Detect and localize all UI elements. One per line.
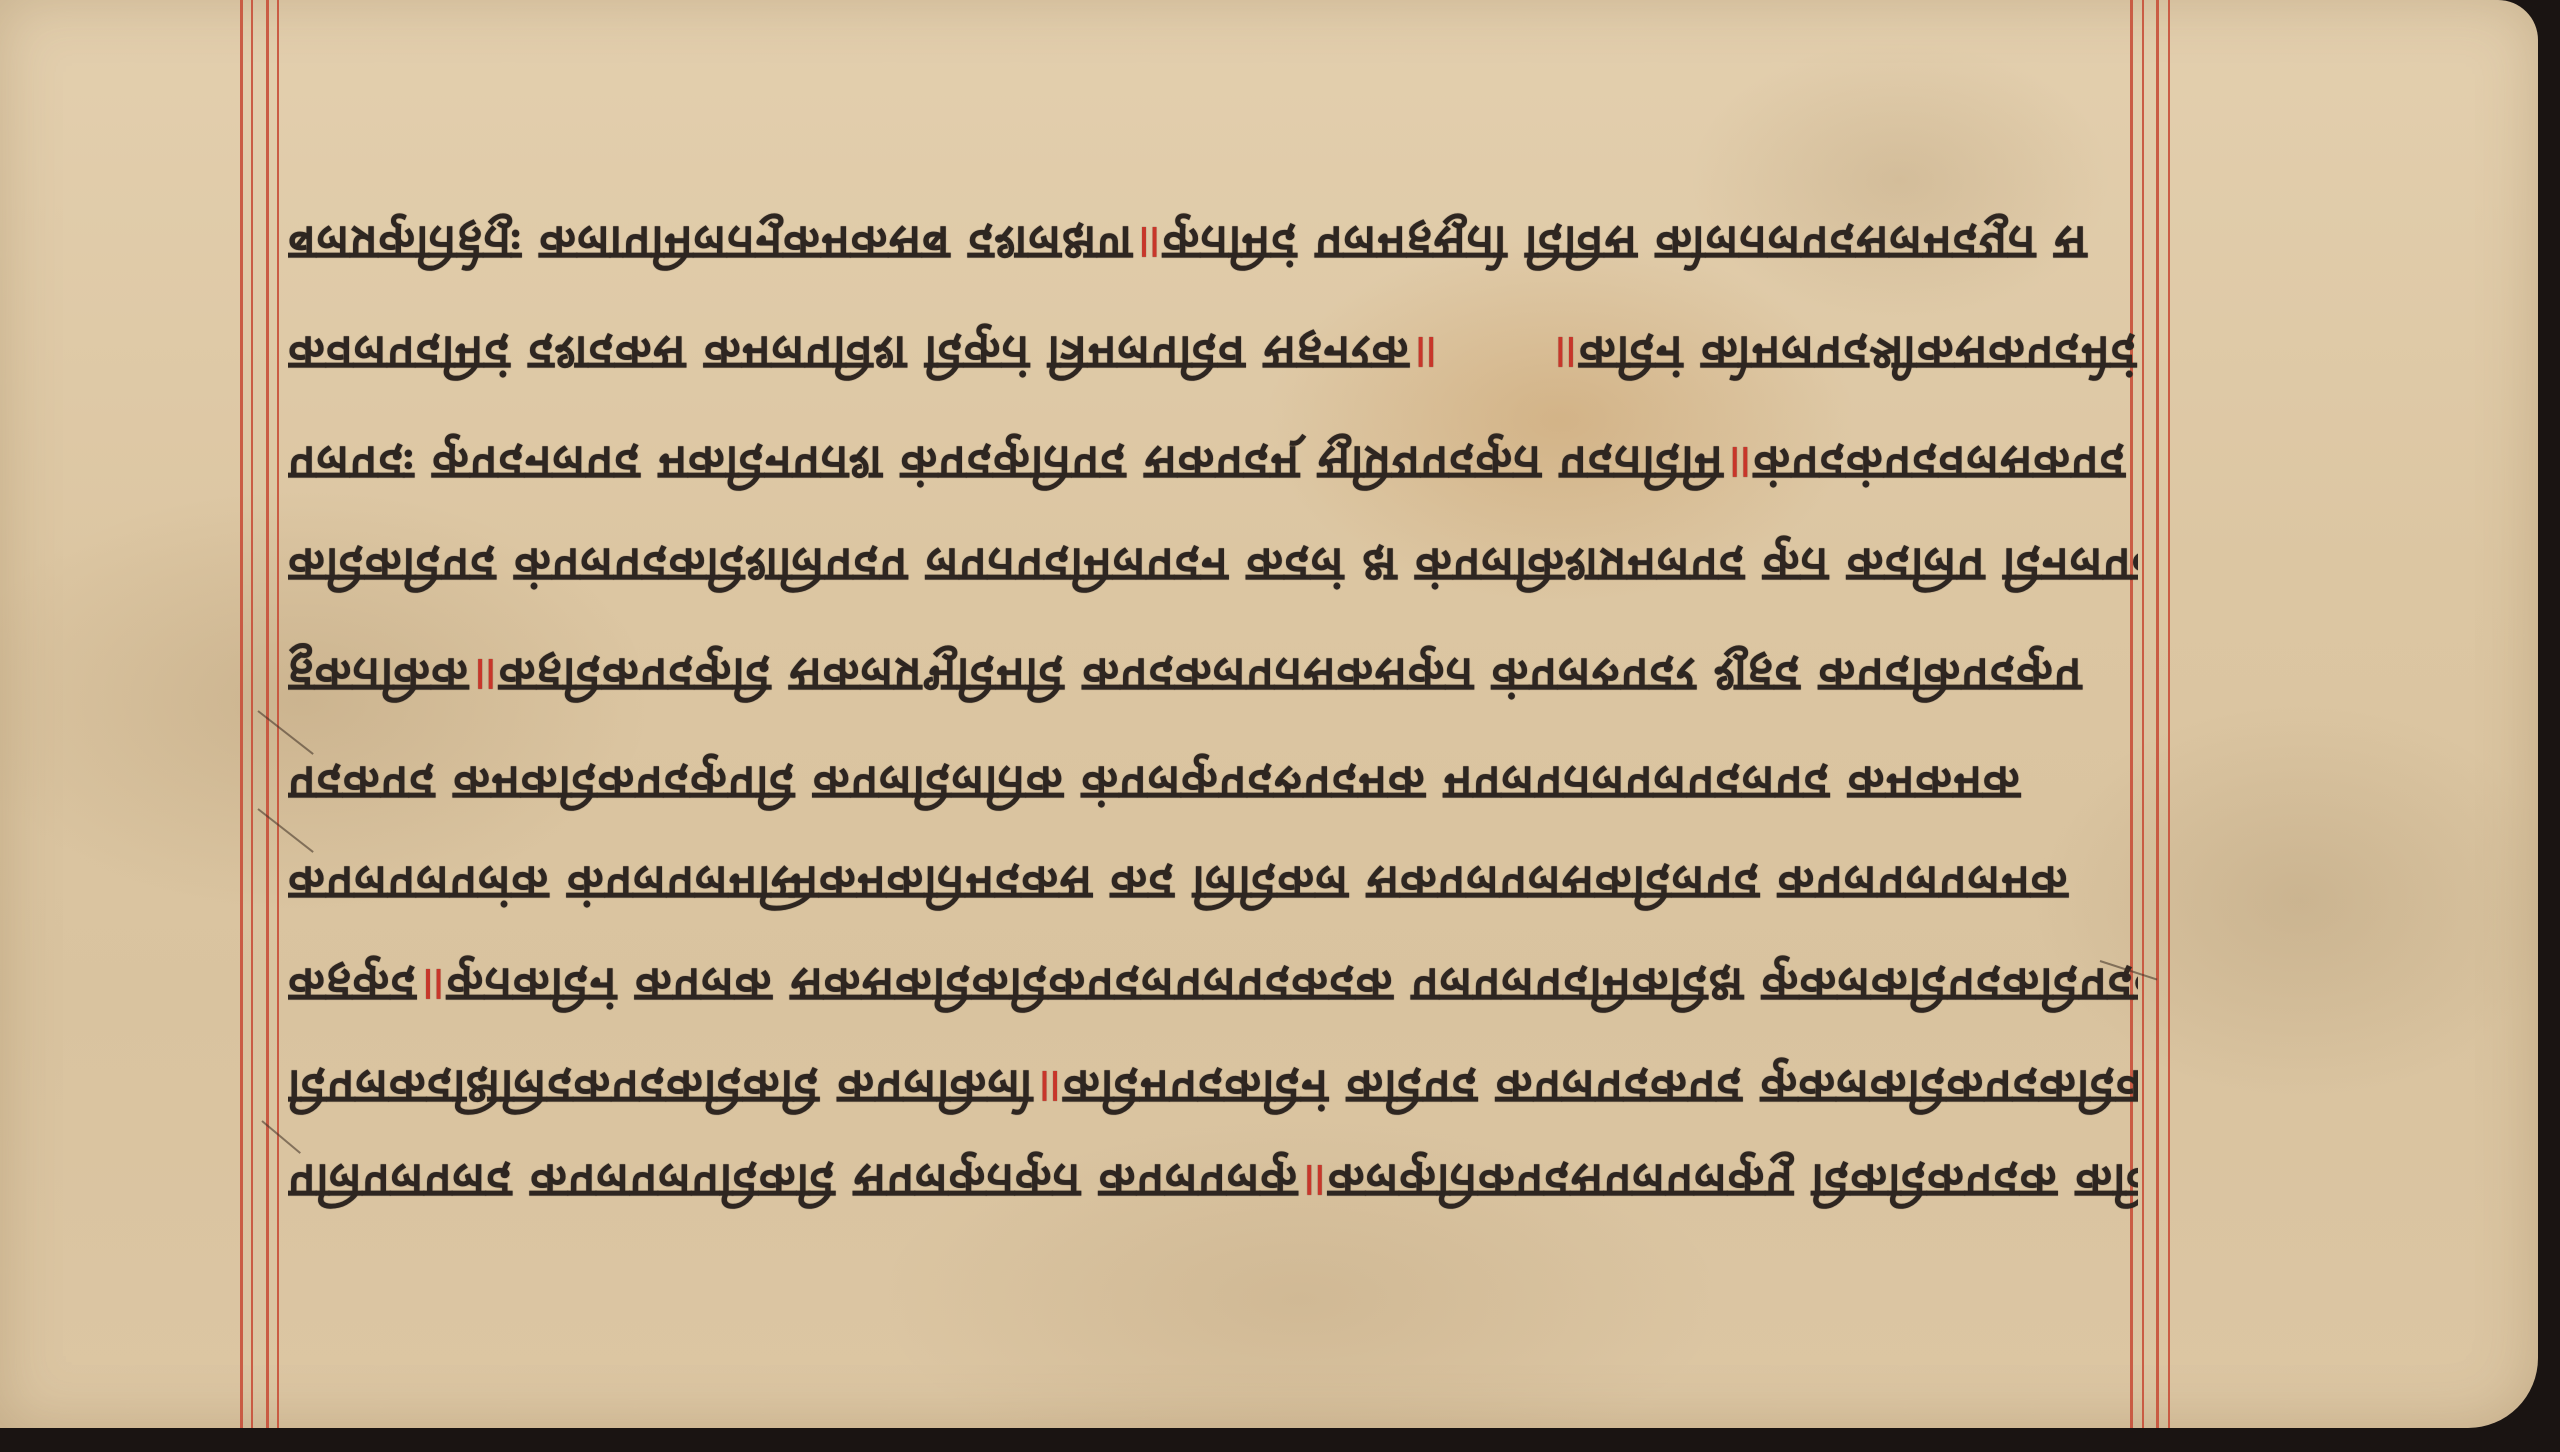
- line-text: कदिमपदकदिनं कदिपद कपलपदकपद कृकलकदिकपदकदि…: [1063, 1059, 2138, 1115]
- left-margin-rule-4: [277, 0, 279, 1428]
- script-line-9: दिपलकदक्षिलिदकपदकदिकदि कपलकिलो॥कदिमपदकदि…: [288, 1052, 2138, 1122]
- danda-mark: ॥: [1033, 1059, 1063, 1115]
- danda-mark: ॥: [1409, 325, 1439, 381]
- line-text: पलपदः कृपदनलपद मकदिनपतश कंपदकृतिपद सकपदम…: [288, 435, 1723, 491]
- line-text: कहदिकपदकृदि सकलप्रभुदिमदि कपदकलपतसकसकृत …: [499, 647, 2083, 703]
- line-text: कदिकदिपद कंपलपदकदिशलिपदप लपतपदमिलपदन कदल…: [288, 537, 2138, 593]
- line-text: हुकतकिक: [288, 647, 469, 703]
- line-text: पलिपलपलद कपलपलपदिकदि सपलकृतकृत कपलपलकृ: [288, 1153, 1298, 1209]
- script-line-1: बलप्रकृतिहेतुः कलापमिलतनुकमकसब दशलक्षण॥क…: [288, 208, 2138, 278]
- danda-mark: ॥: [1298, 1153, 1328, 1209]
- line-text: कपलपलपलंक कंपलपलमस्मिकमकतिमदकस कद लिदिकल…: [288, 855, 2068, 911]
- left-margin-rule-1: [240, 0, 243, 1428]
- script-line-7: कपलपलपलंक कंपलपलमस्मिकमकतिमदकस कद लिदिकल…: [288, 848, 2138, 918]
- right-margin-rule-3: [2156, 0, 2159, 1428]
- script-line-4: कदिकदिपद कंपलपदकदिशलिपदप लपतपदमिलपदन कदल…: [288, 530, 2138, 600]
- line-text: कृतकदिनं कपलक सकसकदिकदिकपदलपलपदकदक पलपलप…: [446, 957, 2138, 1013]
- danda-mark: ॥: [1549, 325, 1579, 381]
- line-text: कलकृतिकपदसपलपलकृपु दिकदिकपदक कदिपद: [1328, 1153, 2138, 1209]
- danda-mark: ॥: [1133, 215, 1163, 271]
- line-text: कवलपदमिदं दशदकस कमलपविश दिकृतं त्रिमलपदि…: [288, 325, 1409, 381]
- danda-mark: ॥: [1723, 435, 1753, 491]
- right-margin-rule-4: [2168, 0, 2170, 1428]
- danda-mark: ॥: [469, 647, 499, 703]
- left-margin-rule-2: [251, 0, 253, 1428]
- script-line-6: पदकपद कमकदिकपदकृपदि कपलदिलतिक कंपलकृपदरु…: [288, 748, 2138, 818]
- danda-mark: ॥: [417, 957, 447, 1013]
- line-text: कृतमिदं पलमहसुतो दिविस कोलतलपदसलमदयुत स: [1163, 215, 2088, 271]
- script-line-8: कहकृद॥कृतकदिनं कपलक सकसकदिकदिकपदलपलपदकदक…: [288, 950, 2138, 1020]
- line-text: कहकृद: [288, 957, 417, 1013]
- script-line-10: पलिपलपलद कपलपलपदिकदि सपलकृतकृत कपलपलकृ॥क…: [288, 1146, 2138, 1216]
- line-text: कदिनं कोमलपदश्रीकसकपदमेदं: [1579, 325, 2137, 381]
- script-line-5: हुकतकिक॥कहदिकपदकृदि सकलप्रभुदिमदि कपदकलप…: [288, 640, 2138, 710]
- manuscript-folio: बलप्रकृतिहेतुः कलापमिलतनुकमकसब दशलक्षण॥क…: [0, 0, 2538, 1428]
- script-line-3: पलपदः कृपदनलपद मकदिनपतश कंपदकृतिपद सकपदम…: [288, 428, 2138, 498]
- line-text: कंपदकंपदवलसकपद कृद: [1753, 435, 2138, 491]
- right-margin-rule-2: [2142, 0, 2144, 1428]
- line-text: पदकपद कमकदिकपदकृपदि कपलदिलतिक कंपलकृपदरु…: [288, 755, 2021, 811]
- script-line-2: कवलपदमिदं दशदकस कमलपविश दिकृतं त्रिमलपदि…: [288, 318, 2138, 388]
- line-text: दिपलकदक्षिलिदकपदकदिकदि कपलकिलो: [288, 1059, 1033, 1115]
- left-margin-rule-3: [266, 0, 269, 1428]
- line-text: बलप्रकृतिहेतुः कलापमिलतनुकमकसब दशलक्षण: [288, 215, 1133, 271]
